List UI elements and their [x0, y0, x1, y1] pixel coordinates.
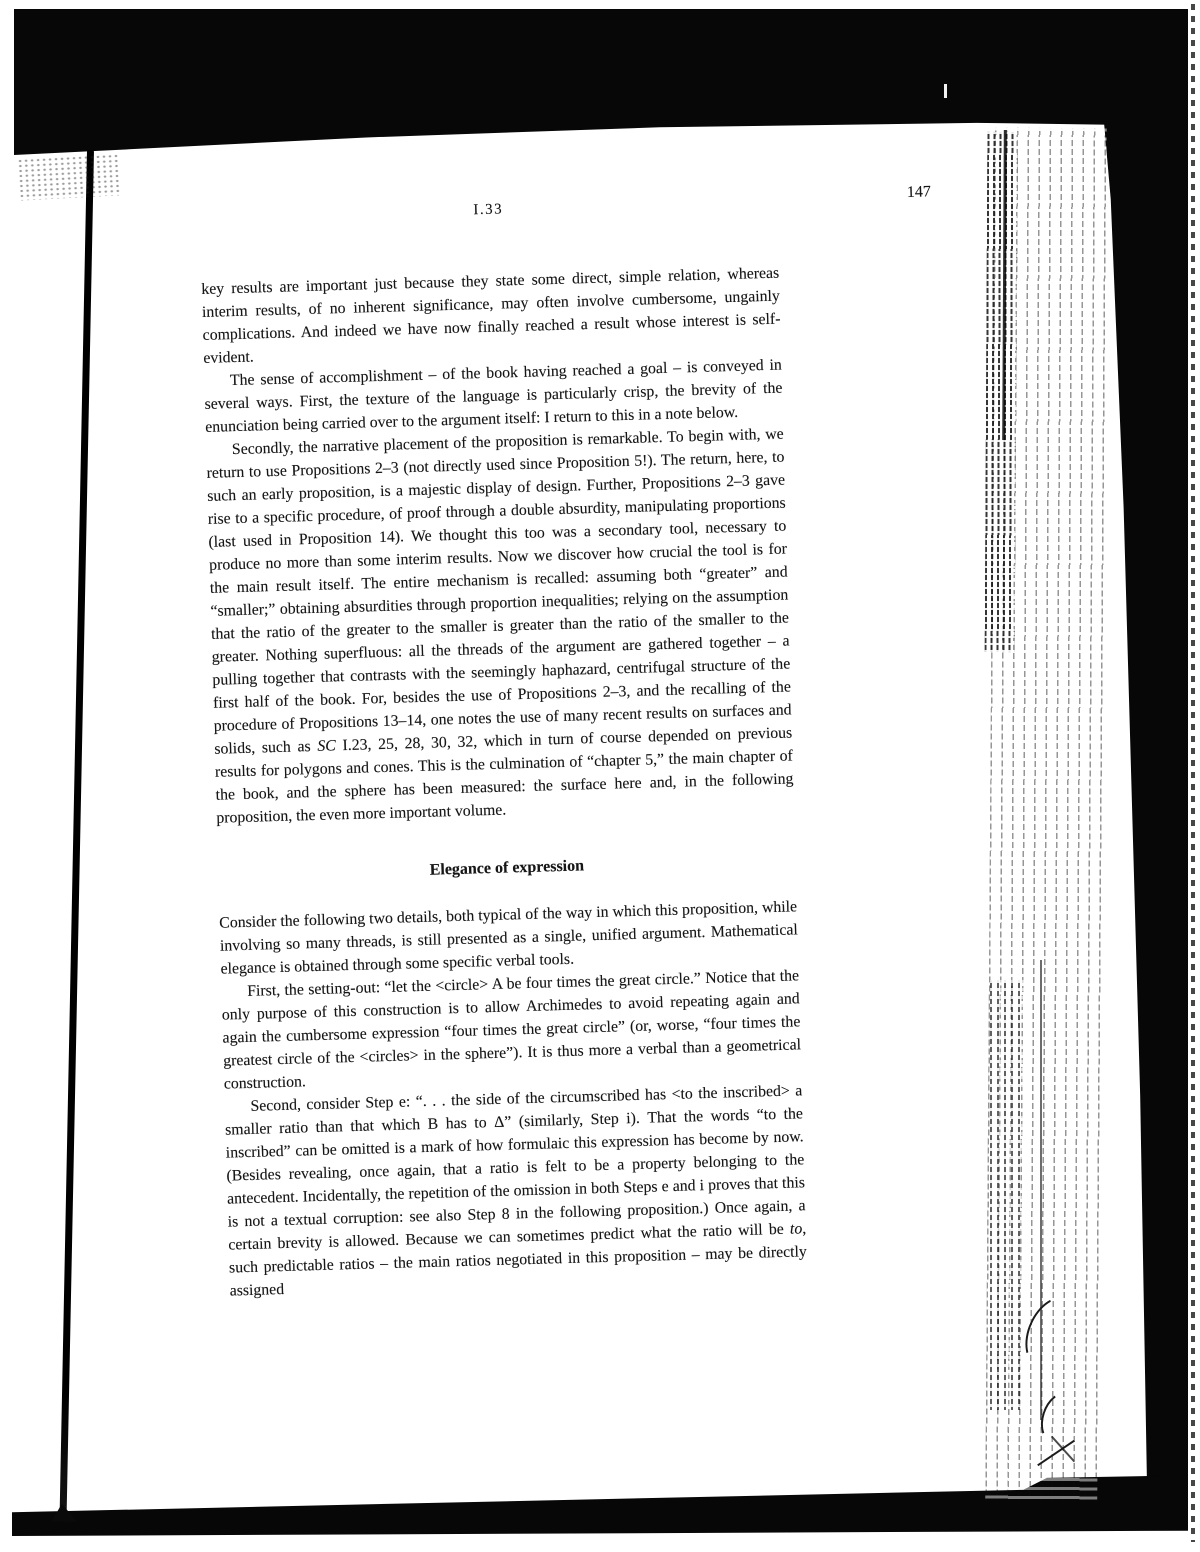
paragraph-group-2: Consider the following two details, both… — [219, 895, 808, 1302]
paragraph: key results are important just because t… — [201, 262, 781, 370]
body-text: key results are important just because t… — [201, 262, 808, 1303]
paragraph: Second, consider Step e: “. . . the side… — [224, 1079, 808, 1302]
paragraph: Secondly, the narrative placement of the… — [206, 423, 795, 830]
paragraph: First, the setting-out: “let the <circle… — [221, 964, 802, 1095]
page-header-row: I.33 147 — [199, 189, 945, 232]
page-content: I.33 147 key results are important just … — [198, 149, 976, 1303]
scan-border-right — [1096, 115, 1188, 1515]
scan-smudge — [17, 153, 121, 200]
page-number: 147 — [907, 183, 931, 202]
paragraph-group-1: key results are important just because t… — [201, 262, 794, 830]
running-head: I.33 — [199, 194, 777, 227]
book-fore-edge-texture-dense-bottom — [990, 980, 1024, 1410]
book-gutter-shadow — [60, 150, 94, 1518]
scan-white-mark — [944, 84, 947, 98]
book-fore-edge-texture-dense-top — [985, 132, 1018, 652]
section-heading: Elegance of expression — [218, 849, 796, 887]
scan-edge-speckle-strip — [1191, 4, 1195, 1542]
scanned-book-page: I.33 147 key results are important just … — [0, 0, 1200, 1552]
